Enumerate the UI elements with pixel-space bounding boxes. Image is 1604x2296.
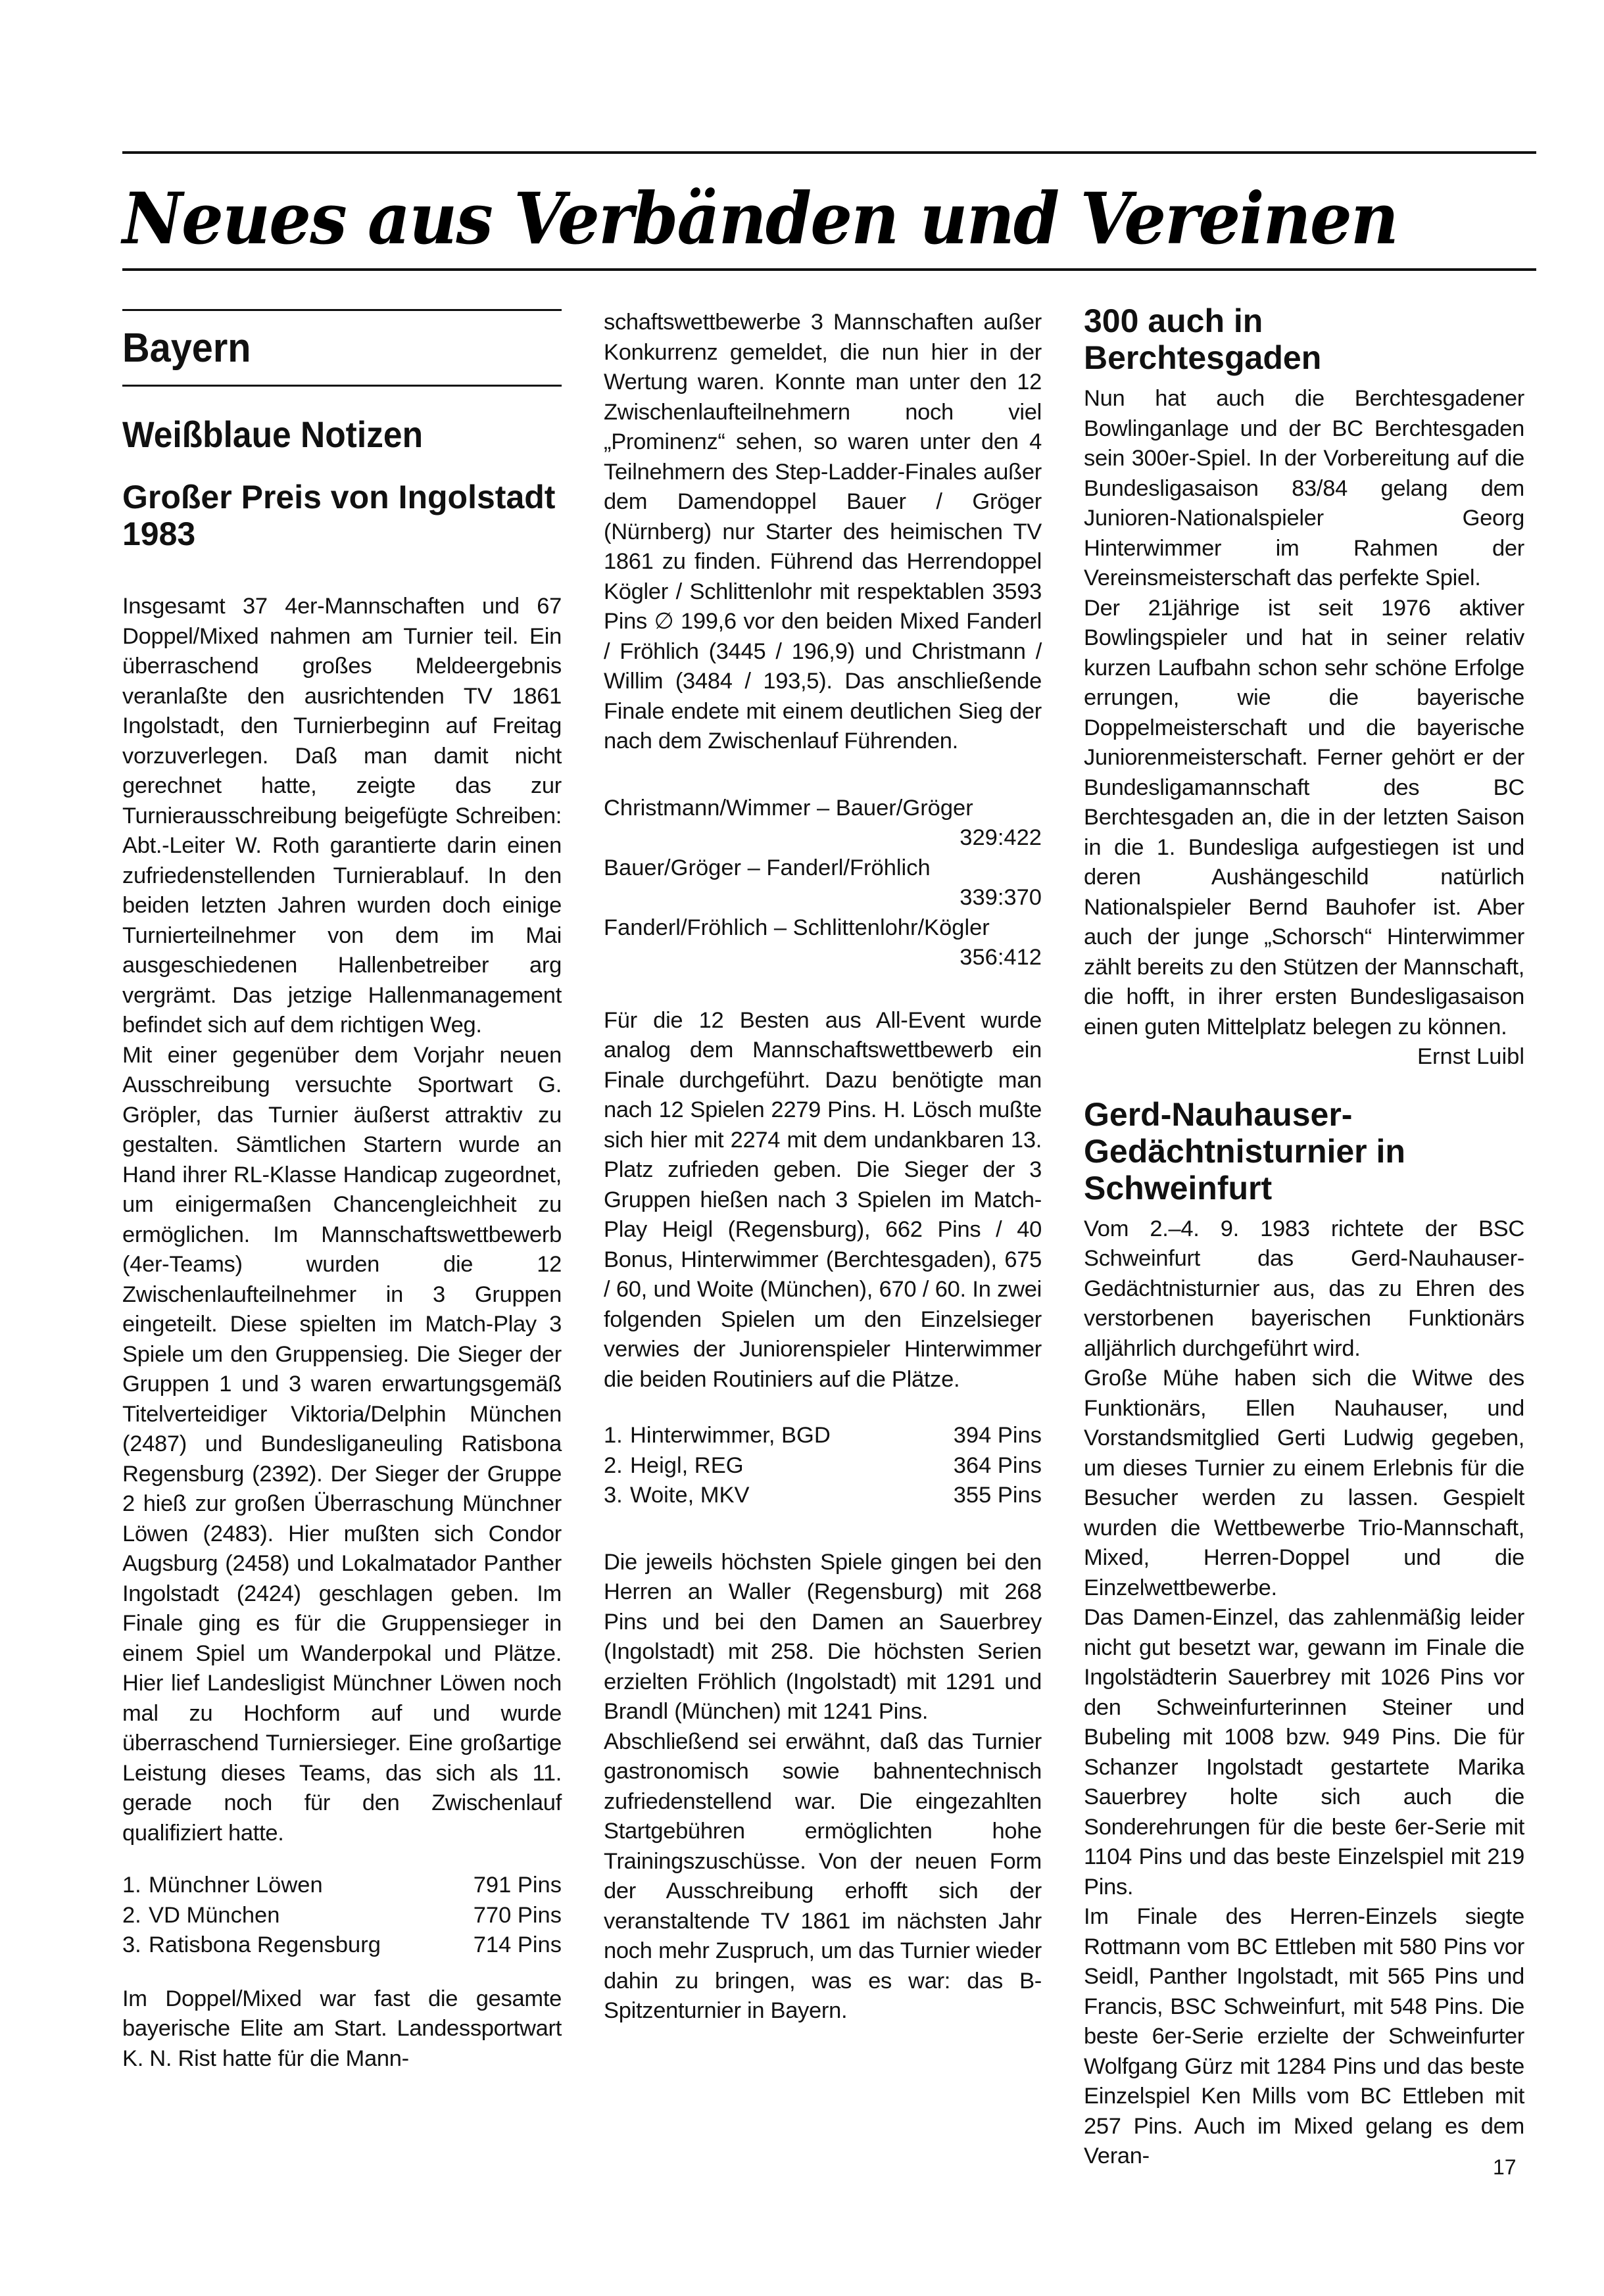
match-pairing: Bauer/Gröger – Fanderl/Fröhlich [604,853,1042,884]
article-paragraph: Abschließend sei erwähnt, daß das Turnie… [604,1727,1042,2026]
result-rank: 2. [604,1451,630,1481]
article-paragraph: Im Doppel/Mixed war fast die gesamte bay… [122,1984,562,2074]
article-paragraph: Insgesamt 37 4er-Mannschaften und 67 Dop… [122,592,562,1041]
match-pairing: Fanderl/Fröhlich – Schlittenlohr/Kögler [604,913,1042,944]
article-paragraph: Das Damen-Einzel, das zahlenmäßig leider… [1084,1603,1524,1902]
masthead-bottom-rule [122,268,1536,271]
article-paragraph: schaftswettbewerbe 3 Mannschaften außer … [604,308,1042,757]
masthead-title: Neues aus Verbänden und Vereinen [122,170,1438,268]
right-column: 300 auch in Berchtesgaden Nun hat auch d… [1084,302,1524,2172]
region-top-rule [122,309,562,311]
article-paragraph: Die jeweils höchsten Spiele gingen bei d… [604,1548,1042,1727]
result-name: VD München [149,1903,279,1928]
result-row: 3.Woite, MKV 355 Pins [604,1481,1042,1511]
article-title: 300 auch in Berchtesgaden [1084,302,1426,376]
result-row: 3.Ratisbona Regensburg 714 Pins [122,1930,562,1961]
result-name: Münchner Löwen [149,1873,323,1898]
article-title: Großer Preis von Ingolstadt 1983 [122,479,556,552]
match-score: 329:422 [604,823,1042,853]
match-row: Bauer/Gröger – Fanderl/Fröhlich 339:370 [604,853,1042,913]
result-row: 1.Münchner Löwen 791 Pins [122,1871,562,1901]
match-results-list: Christmann/Wimmer – Bauer/Gröger 329:422… [604,794,1042,973]
result-rank: 3. [122,1930,149,1961]
article-paragraph: Nun hat auch die Berchtesgadener Bowling… [1084,384,1524,594]
left-column: Bayern Weißblaue Notizen Großer Preis vo… [122,309,562,2074]
match-row: Christmann/Wimmer – Bauer/Gröger 329:422 [604,794,1042,853]
result-rank: 3. [604,1481,630,1511]
section-title: Weißblaue Notizen [122,412,527,458]
result-score: 770 Pins [474,1901,562,1931]
page-number: 17 [1493,2155,1517,2180]
result-score: 714 Pins [474,1930,562,1961]
result-rank: 1. [122,1871,149,1901]
article-paragraph: Im Finale des Herren-Einzels siegte Rott… [1084,1902,1524,2172]
masthead-top-rule [122,151,1536,154]
match-score: 356:412 [604,943,1042,973]
region-bottom-rule [122,385,562,387]
result-row: 1.Hinterwimmer, BGD 394 Pins [604,1421,1042,1451]
result-name: Woite, MKV [630,1483,750,1508]
region-heading: Bayern [122,319,531,378]
team-results-list: 1.Münchner Löwen 791 Pins 2.VD München 7… [122,1871,562,1961]
result-name: Heigl, REG [630,1453,744,1478]
article-paragraph: Für die 12 Besten aus All-Event wurde an… [604,1006,1042,1395]
article-paragraph: Vom 2.–4. 9. 1983 richtete der BSC Schwe… [1084,1214,1524,1364]
article-paragraph: Große Mühe haben sich die Witwe des Funk… [1084,1364,1524,1603]
match-pairing: Christmann/Wimmer – Bauer/Gröger [604,794,1042,824]
result-score: 355 Pins [954,1481,1042,1511]
result-row: 2.VD München 770 Pins [122,1901,562,1931]
result-rank: 1. [604,1421,630,1451]
article-title: Gerd-Nauhauser-Gedächtnisturnier in Schw… [1084,1096,1505,1207]
middle-column: schaftswettbewerbe 3 Mannschaften außer … [604,308,1042,2026]
result-row: 2.Heigl, REG 364 Pins [604,1451,1042,1481]
result-score: 394 Pins [954,1421,1042,1451]
result-name: Ratisbona Regensburg [149,1932,381,1957]
result-score: 791 Pins [474,1871,562,1901]
article-paragraph: Der 21jährige ist seit 1976 aktiver Bowl… [1084,594,1524,1043]
result-rank: 2. [122,1901,149,1931]
single-results-list: 1.Hinterwimmer, BGD 394 Pins 2.Heigl, RE… [604,1421,1042,1511]
match-score: 339:370 [604,883,1042,913]
article-paragraph: Mit einer gegenüber dem Vorjahr neuen Au… [122,1041,562,1849]
result-score: 364 Pins [954,1451,1042,1481]
result-name: Hinterwimmer, BGD [630,1423,831,1448]
match-row: Fanderl/Fröhlich – Schlittenlohr/Kögler … [604,913,1042,973]
author-byline: Ernst Luibl [1084,1042,1524,1072]
